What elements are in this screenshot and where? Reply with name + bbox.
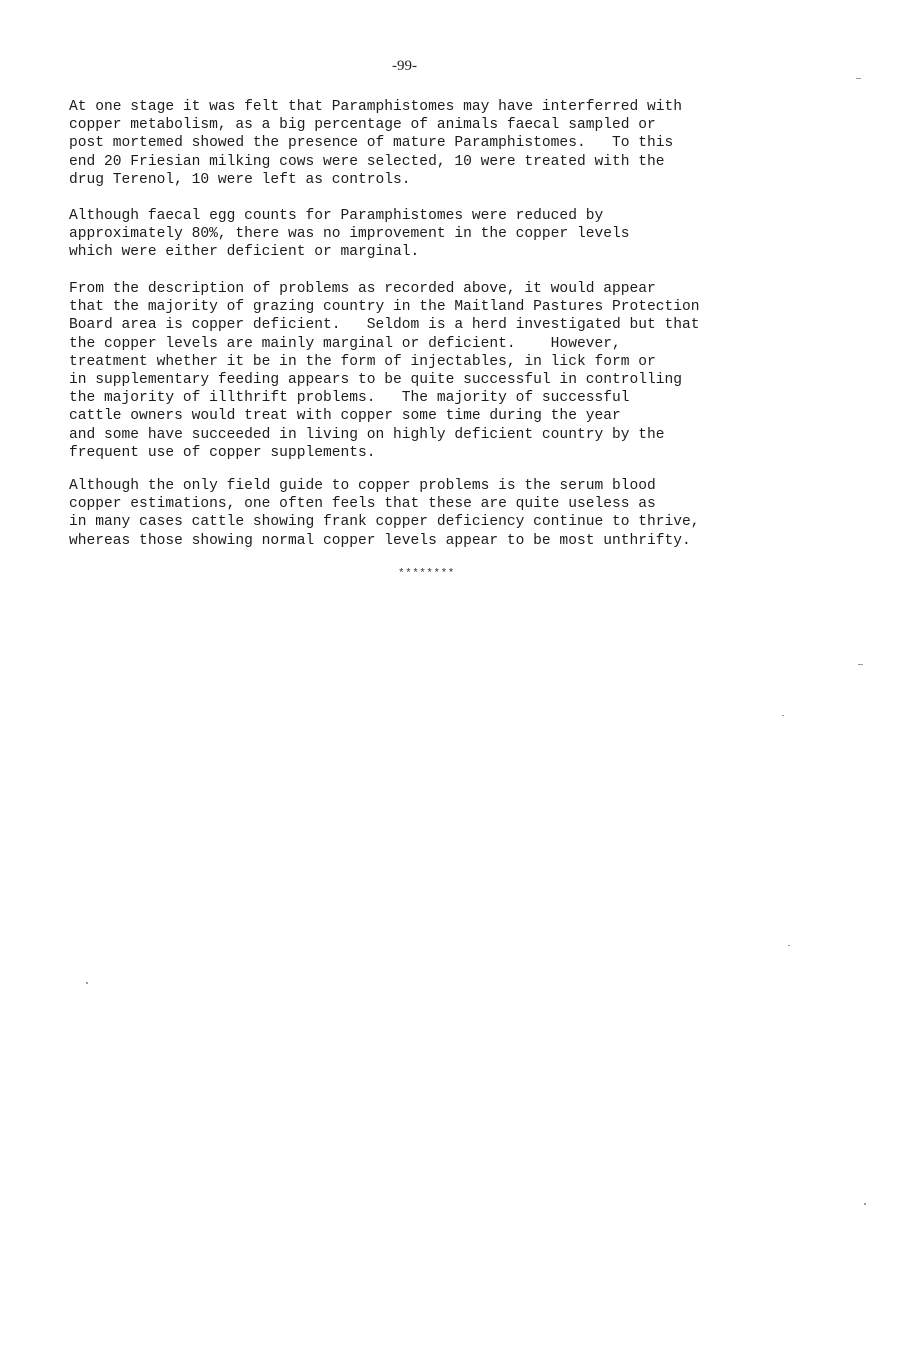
scan-speck [856,78,861,79]
paragraph-field-guide: Although the only field guide to copper … [69,477,700,550]
page-number: -99- [392,58,417,75]
section-separator: ******** [398,568,455,580]
scan-speck [782,715,784,716]
scan-speck [864,1203,866,1205]
paragraph-egg-counts: Although faecal egg counts for Paramphis… [69,207,630,262]
scan-speck [86,982,88,984]
scan-speck [858,664,863,665]
scan-speck [788,945,790,946]
paragraph-copper-deficiency: From the description of problems as reco… [69,280,700,462]
paragraph-paramphistomes: At one stage it was felt that Paramphist… [69,98,682,189]
